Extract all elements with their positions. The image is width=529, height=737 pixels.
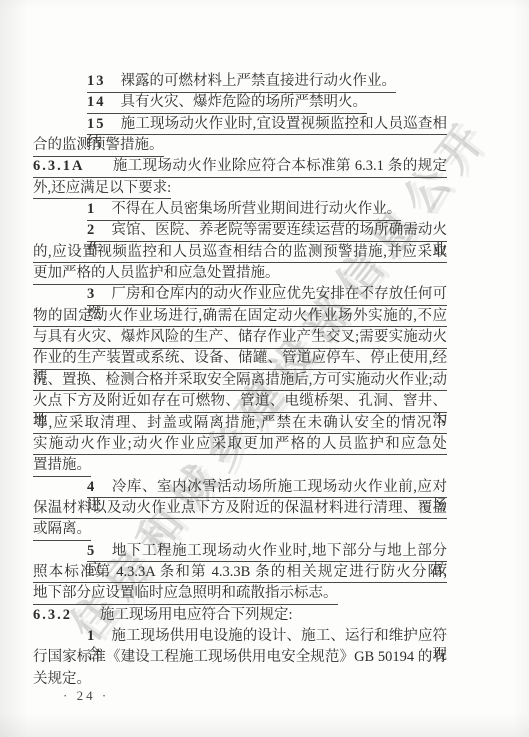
text-line: 合的监测预警措施。 [33,136,447,157]
revision-underlined-text: 照本标准第 4.3.3A 条和第 4.3.3B 条的相关规定进行防火分隔, [33,563,447,584]
text-line: 6.3.1A施工现场动火作业除应符合本标准第 6.3.1 条的规定 [33,157,447,178]
line-text: 1施工现场供用电设施的设计、施工、运行和维护应符合现 [87,627,447,647]
revision-underlined-text: 火点下方及附近如存在可燃物、管道、电缆桥架、孔洞、窨井、地沟 [33,392,447,413]
text-line: 更加严格的人员监护和应急处置措施。 [33,264,447,285]
text-line: 4冷库、室内冰雪活动场所施工现场动火作业前,应对进场 [33,478,447,499]
line-text: 6.3.2施工现场用电应符合下列规定: [33,606,293,626]
text-line: 作业的生产装置或系统、设备、储罐、管道应停车、停止使用,经清 [33,349,447,370]
revision-underlined-text: 物的固定动火作业场进行,确需在固定动火作业场外实施的,不应 [33,307,447,328]
clause-number: 1 [87,628,96,644]
text-line: 照本标准第 4.3.3A 条和第 4.3.3B 条的相关规定进行防火分隔, [33,563,447,584]
revision-underlined-text: 外,还应满足以下要求: [33,179,171,200]
document-page: 住房和城乡建设部信息公开 13裸露的可燃材料上严禁直接进行动火作业。14具有火灾… [0,0,529,737]
clause-number: 6.3.1A [33,158,84,174]
revision-underlined-text: 14具有火灾、爆炸危险的场所严禁明火。 [87,93,367,114]
revision-underlined-text: 洗、置换、检测合格并采取安全隔离措施后,方可实施动火作业;动 [33,371,447,392]
revision-underlined-text: 合的监测预警措施。 [33,136,164,157]
text-line: 实施动火作业;动火作业应采取更加严格的人员监护和应急处 [33,435,447,456]
text-line: 的,应设置视频监控和人员巡查相结合的监测预警措施,并应采取 [33,243,447,264]
revision-underlined-text: 4冷库、室内冰雪活动场所施工现场动火作业前,应对进场 [87,478,447,499]
text-line: 置措施。 [33,456,447,477]
text-line: 物的固定动火作业场进行,确需在固定动火作业场外实施的,不应 [33,307,447,328]
revision-underlined-text: 作业的生产装置或系统、设备、储罐、管道应停车、停止使用,经清 [33,349,447,370]
text-line: 1施工现场供用电设施的设计、施工、运行和维护应符合现 [33,627,447,648]
clause-number: 2 [87,222,96,238]
text-line: 13裸露的可燃材料上严禁直接进行动火作业。 [33,72,447,93]
revision-underlined-text: 2宾馆、医院、养老院等需要连续运营的场所确需动火作业 [87,221,447,242]
revision-underlined-text: 15施工现场动火作业时,宜设置视频监控和人员巡查相结 [87,115,447,136]
text-line: 2宾馆、医院、养老院等需要连续运营的场所确需动火作业 [33,221,447,242]
page-number: · 24 · [63,688,109,704]
clause-number: 15 [87,116,106,132]
revision-underlined-text: 或隔离。 [33,520,91,541]
revision-underlined-text: 3厂房和仓库内的动火作业应优先安排在不存放任何可燃 [87,285,447,306]
text-line: 与具有火灾、爆炸风险的生产、储存作业产生交叉;需要实施动火 [33,328,447,349]
revision-underlined-text: 保温材料以及动火作业点下方及附近的保温材料进行清理、覆盖 [33,499,447,520]
revision-underlined-text: 13裸露的可燃材料上严禁直接进行动火作业。 [87,72,396,93]
text-line: 1不得在人员密集场所营业期间进行动火作业。 [33,200,447,221]
text-line: 保温材料以及动火作业点下方及附近的保温材料进行清理、覆盖 [33,499,447,520]
revision-underlined-text: 1不得在人员密集场所营业期间进行动火作业。 [87,200,401,221]
standard-clause-text-block: 13裸露的可燃材料上严禁直接进行动火作业。14具有火灾、爆炸危险的场所严禁明火。… [33,72,447,691]
text-line: 14具有火灾、爆炸危险的场所严禁明火。 [33,93,447,114]
text-line: 6.3.2施工现场用电应符合下列规定: [33,606,447,627]
line-text: 行国家标准《建设工程施工现场供用电安全规范》GB 50194 的有 [33,648,447,668]
clause-number: 5 [87,543,96,559]
revision-underlined-text: 地下部分应设置临时应急照明和疏散指示标志。 [33,584,338,605]
clause-number: 14 [87,94,106,110]
line-text: 关规定。 [33,670,91,690]
revision-underlined-text: 的,应设置视频监控和人员巡查相结合的监测预警措施,并应采取 [33,243,447,264]
revision-underlined-text: 等,应采取清理、封盖或隔离措施,严禁在未确认安全的情况下 [33,414,447,435]
revision-underlined-text: 实施动火作业;动火作业应采取更加严格的人员监护和应急处 [33,435,447,456]
revision-underlined-text: 置措施。 [33,456,91,477]
text-line: 地下部分应设置临时应急照明和疏散指示标志。 [33,584,447,605]
text-line: 火点下方及附近如存在可燃物、管道、电缆桥架、孔洞、窨井、地沟 [33,392,447,413]
text-line: 15施工现场动火作业时,宜设置视频监控和人员巡查相结 [33,115,447,136]
revision-underlined-text: 6.3.1A施工现场动火作业除应符合本标准第 6.3.1 条的规定 [33,157,447,178]
text-line: 5地下工程施工现场动火作业时,地下部分与地上部分应按 [33,542,447,563]
clause-number: 13 [87,73,106,89]
clause-number: 3 [87,286,96,302]
text-line: 等,应采取清理、封盖或隔离措施,严禁在未确认安全的情况下 [33,414,447,435]
text-line: 行国家标准《建设工程施工现场供用电安全规范》GB 50194 的有 [33,648,447,669]
text-line: 3厂房和仓库内的动火作业应优先安排在不存放任何可燃 [33,285,447,306]
revision-underlined-text: 5地下工程施工现场动火作业时,地下部分与地上部分应按 [87,542,447,563]
revision-underlined-text: 与具有火灾、爆炸风险的生产、储存作业产生交叉;需要实施动火 [33,328,447,349]
text-line: 外,还应满足以下要求: [33,179,447,200]
clause-number: 6.3.2 [33,607,72,623]
text-line: 或隔离。 [33,520,447,541]
clause-number: 1 [87,201,96,217]
text-line: 洗、置换、检测合格并采取安全隔离措施后,方可实施动火作业;动 [33,371,447,392]
revision-underlined-text: 更加严格的人员监护和应急处置措施。 [33,264,280,285]
clause-number: 4 [87,479,96,495]
